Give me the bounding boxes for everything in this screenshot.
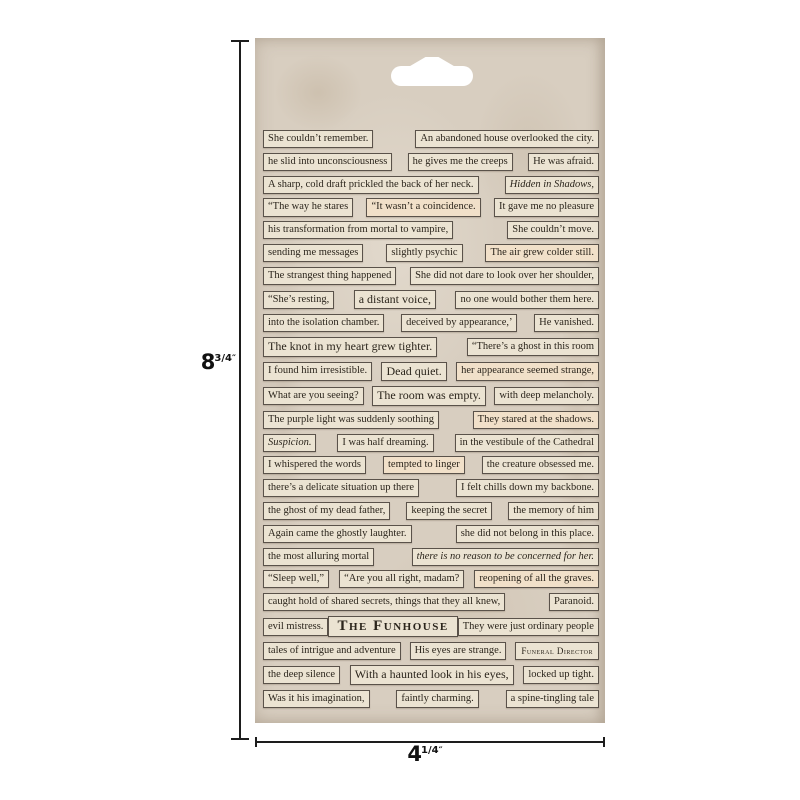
phrase-sticker: into the isolation chamber. [263,314,384,332]
phrase-sticker: They were just ordinary people [458,618,599,636]
phrase-sticker: What are you seeing? [263,387,364,405]
width-whole: 4 [407,742,421,766]
phrase-sticker: I was half dreaming. [337,434,433,452]
phrase-sticker: An abandoned house overlooked the city. [415,130,599,148]
phrase-sticker: evil mistress. [263,618,328,636]
phrase-sticker: locked up tight. [523,666,599,684]
sticker-row: “She’s resting,a distant voice,no one wo… [263,290,599,310]
hang-hole [391,66,473,86]
sticker-row: I found him irresistible.Dead quiet.her … [263,362,599,382]
height-dimension-cap-top [231,40,249,42]
phrase-sticker: faintly charming. [396,690,478,708]
sticker-row: The knot in my heart grew tighter.“There… [263,337,599,357]
phrase-sticker: deceived by appearance,’ [401,314,517,332]
width-dimension-cap-right [603,737,605,747]
phrase-sticker: They stared at the shadows. [473,411,599,429]
width-fraction: 1/4 [421,745,439,756]
phrase-sticker: a spine-tingling tale [506,690,599,708]
phrase-sticker: his transformation from mortal to vampir… [263,221,453,239]
phrase-sticker: The room was empty. [372,386,486,406]
phrase-sticker: He vanished. [534,314,599,332]
sticker-row: The purple light was suddenly soothingTh… [263,411,599,429]
sticker-row: Again came the ghostly laughter.she did … [263,525,599,543]
sticker-row: The strangest thing happenedShe did not … [263,267,599,285]
phrase-sticker: With a haunted look in his eyes, [350,665,514,685]
phrase-sticker: Was it his imagination, [263,690,370,708]
phrase-sticker: with deep melancholy. [494,387,599,405]
phrase-sticker: sending me messages [263,244,363,262]
sticker-row: the most alluring mortalthere is no reas… [263,548,599,566]
phrase-sticker: he slid into unconsciousness [263,153,392,171]
height-fraction: 3/4 [214,353,232,364]
phrase-sticker: the ghost of my dead father, [263,502,390,520]
width-unit: ″ [439,746,443,756]
phrase-sticker: keeping the secret [406,502,492,520]
phrase-sticker: Again came the ghostly laughter. [263,525,412,543]
phrase-sticker: The knot in my heart grew tighter. [263,337,437,357]
phrase-sticker: there’s a delicate situation up there [263,479,419,497]
phrase-sticker: caught hold of shared secrets, things th… [263,593,505,611]
sticker-row: he slid into unconsciousnesshe gives me … [263,153,599,171]
phrase-sticker: tales of intrigue and adventure [263,642,401,660]
phrase-sticker: slightly psychic [386,244,462,262]
phrase-sticker: She couldn’t remember. [263,130,373,148]
sticker-row: Suspicion.I was half dreaming.in the ves… [263,434,599,452]
sticker-row: into the isolation chamber.deceived by a… [263,314,599,332]
height-dimension-line [239,40,241,740]
height-dimension-label: 83/4″ [194,350,236,374]
phrase-sticker: The purple light was suddenly soothing [263,411,439,429]
sticker-row: there’s a delicate situation up thereI f… [263,479,599,497]
sticker-row: sending me messagesslightly psychicThe a… [263,244,599,262]
phrase-sticker: “She’s resting, [263,291,334,309]
phrase-sticker: the most alluring mortal [263,548,374,566]
sticker-row: the ghost of my dead father,keeping the … [263,502,599,520]
phrase-sticker: His eyes are strange. [410,642,507,660]
phrase-sticker: She did not dare to look over her should… [410,267,599,285]
height-unit: ″ [232,354,236,364]
hang-hole-peak [405,57,459,69]
width-dimension-label: 41/4″ [380,742,470,766]
sticker-row: What are you seeing?The room was empty.w… [263,386,599,406]
phrase-sticker: It gave me no pleasure [494,198,599,216]
phrase-sticker: Dead quiet. [381,362,446,382]
phrase-sticker: “Sleep well,” [263,570,329,588]
phrase-sticker: Paranoid. [549,593,599,611]
phrase-sticker: Suspicion. [263,434,316,452]
sticker-row: “The way he stares“It wasn’t a coinciden… [263,198,599,216]
phrase-sticker: in the vestibule of the Cathedral [455,434,599,452]
phrase-sticker: the deep silence [263,666,340,684]
phrase-sticker: The Funhouse [328,616,457,637]
phrase-sticker: “It wasn’t a coincidence. [366,198,480,216]
phrase-sticker: “The way he stares [263,198,353,216]
phrase-sticker: “Are you all right, madam? [339,570,464,588]
phrase-sticker: I whispered the words [263,456,366,474]
sticker-rows: She couldn’t remember.An abandoned house… [263,130,599,708]
phrase-sticker: the memory of him [508,502,599,520]
phrase-sticker: the creature obsessed me. [482,456,599,474]
sticker-row: I whispered the wordstempted to lingerth… [263,456,599,474]
phrase-sticker: A sharp, cold draft prickled the back of… [263,176,479,194]
phrase-sticker: he gives me the creeps [408,153,513,171]
phrase-sticker: The strangest thing happened [263,267,396,285]
sticker-row: tales of intrigue and adventureHis eyes … [263,642,599,660]
phrase-sticker: “There’s a ghost in this room [467,338,599,356]
phrase-sticker: I found him irresistible. [263,362,372,380]
sticker-row: his transformation from mortal to vampir… [263,221,599,239]
phrase-sticker: reopening of all the graves. [474,570,599,588]
sticker-row: She couldn’t remember.An abandoned house… [263,130,599,148]
sticker-row: the deep silenceWith a haunted look in h… [263,665,599,685]
phrase-sticker: Funeral Director [515,642,599,660]
height-dimension-cap-bottom [231,738,249,740]
phrase-sticker: there is no reason to be concerned for h… [412,548,599,566]
phrase-sticker: tempted to linger [383,456,465,474]
phrase-sticker: Hidden in Shadows, [505,176,599,194]
phrase-sticker: her appearance seemed strange, [456,362,599,380]
phrase-sticker: She couldn’t move. [507,221,599,239]
phrase-sticker: no one would bother them here. [455,291,599,309]
sticker-row: caught hold of shared secrets, things th… [263,593,599,611]
sticker-row: A sharp, cold draft prickled the back of… [263,176,599,194]
phrase-sticker: she did not belong in this place. [456,525,599,543]
phrase-sticker: He was afraid. [528,153,599,171]
phrase-sticker: a distant voice, [354,290,436,310]
sticker-sheet: She couldn’t remember.An abandoned house… [255,38,605,723]
sticker-row: Was it his imagination,faintly charming.… [263,690,599,708]
sticker-row: evil mistress.The FunhouseThey were just… [263,616,599,637]
sticker-row: “Sleep well,”“Are you all right, madam?r… [263,570,599,588]
phrase-sticker: I felt chills down my backbone. [456,479,599,497]
phrase-sticker: The air grew colder still. [485,244,599,262]
height-whole: 8 [201,350,215,374]
product-image: She couldn’t remember.An abandoned house… [0,0,800,800]
width-dimension-cap-left [255,737,257,747]
